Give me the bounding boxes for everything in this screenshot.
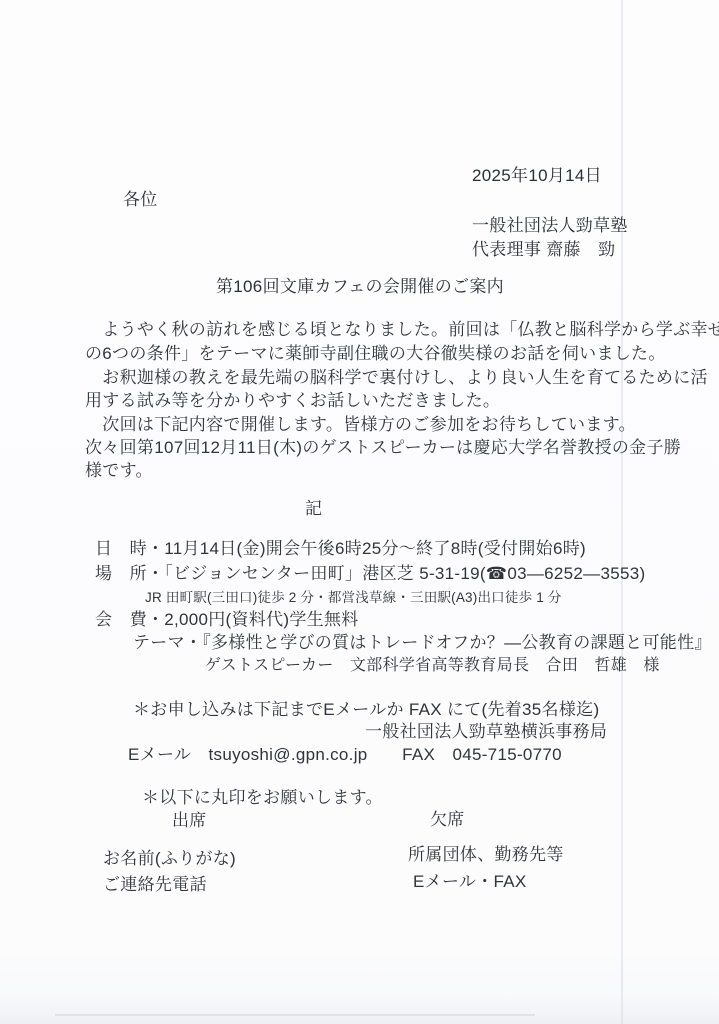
record-marker: 記: [305, 500, 322, 517]
email-fax-field-label: Eメール・FAX: [413, 873, 527, 890]
detail-theme: テーマ・『多様性と学びの質はトレードオフか？―公教育の課題と可能性』: [133, 634, 712, 651]
sender-name: 代表理事 齋藤 勁: [472, 241, 615, 258]
application-note: ＊お申し込みは下記までEメールか FAX にて(先着35名様迄): [133, 701, 599, 718]
application-office: 一般社団法人勁草塾横浜事務局: [365, 723, 607, 740]
body-line: 次回は下記内容で開催します。皆様方のご参加をお待ちしています。: [85, 416, 636, 433]
scan-artifact-vertical-line: [621, 0, 623, 1024]
detail-datetime: 日 時・11月14日(金)開会午後6時25分～終了8時(受付開始6時): [95, 540, 586, 557]
body-line: 次々回第107回12月11日(木)のゲストスピーカーは慶応大学名誉教授の金子勝: [85, 439, 681, 456]
body-line: お釈迦様の教えを最先端の脳科学で裏付けし、より良い人生を育てるために活: [85, 369, 708, 386]
attend-option: 出席: [172, 812, 207, 829]
reply-instruction: ＊以下に丸印をお願いします。: [142, 789, 383, 806]
body-line: の6つの条件」をテーマに薬師寺副住職の大谷徹奘様のお話を伺いました。: [85, 345, 666, 362]
phone-field-label: ご連絡先電話: [103, 876, 207, 893]
body-line: 用する試み等を分かりやすくお話しいただきました。: [85, 392, 500, 409]
body-line: 様です。: [85, 462, 153, 479]
sender-organization: 一般社団法人勁草塾: [472, 217, 628, 234]
letter-date: 2025年10月14日: [472, 167, 602, 184]
detail-guest-speaker: ゲストスピーカー 文部科学省高等教育局長 合田 哲雄 様: [205, 658, 660, 674]
scan-artifact-bottom-line: [55, 1014, 535, 1016]
scan-artifact-bottom-shade: [0, 995, 719, 1024]
page-title: 第106回文庫カフェの会開催のご案内: [216, 278, 504, 295]
name-field-label: お名前(ふりがな): [103, 850, 236, 867]
organization-field-label: 所属団体、勤務先等: [408, 846, 564, 863]
detail-access: JR 田町駅(三田口)徒歩 2 分・都営浅草線・三田駅(A3)出口徒歩 1 分: [145, 591, 562, 605]
application-contact: Eメール tsuyoshi@.gpn.co.jp FAX 045-715-077…: [128, 746, 562, 763]
detail-fee: 会 費・2,000円(資料代)学生無料: [95, 611, 359, 628]
detail-place: 場 所・「ビジョンセンター田町」港区芝 5-31-19(☎03―6252―355…: [95, 565, 645, 582]
body-line: ようやく秋の訪れを感じる頃となりました。前回は「仏教と脳科学から学ぶ幸せ: [85, 321, 719, 338]
salutation: 各位: [123, 191, 158, 208]
scanned-letter-page: 2025年10月14日 各位 一般社団法人勁草塾 代表理事 齋藤 勁 第106回…: [0, 0, 719, 1024]
absent-option: 欠席: [430, 811, 465, 828]
